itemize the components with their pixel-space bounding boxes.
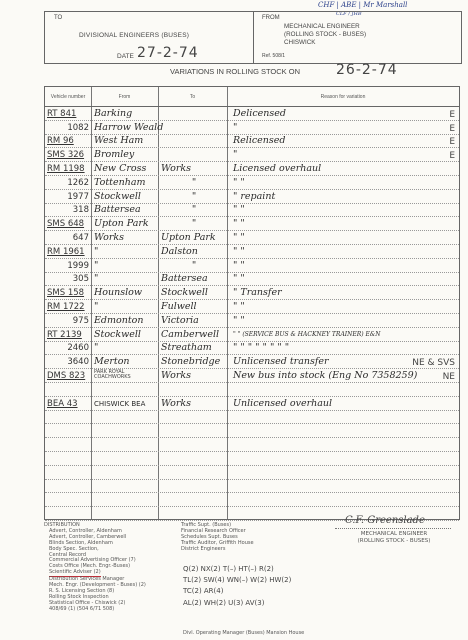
district-code: E — [449, 134, 455, 148]
to-cell: Fulwell — [161, 299, 227, 313]
table-row — [45, 479, 459, 494]
to-cell — [161, 382, 227, 396]
from-value: MECHANICAL ENGINEER (ROLLING STOCK - BUS… — [284, 23, 366, 47]
table-row: 1262Tottenham"" " — [45, 175, 459, 190]
table-row: BEA 43CHISWICK BEAWorksUnlicensed overha… — [45, 396, 459, 411]
from-line: MECHANICAL ENGINEER — [284, 23, 366, 31]
to-cell: " — [161, 189, 227, 203]
table-row: 1082Harrow Weald"E — [45, 120, 459, 135]
table-row: 975EdmontonVictoria" " — [45, 313, 459, 328]
vehicle-number-cell: SMS 648 — [47, 216, 91, 230]
from-cell — [94, 382, 158, 396]
reason-cell: " Transfer — [233, 285, 453, 299]
from-cell: Harrow Weald — [94, 120, 158, 134]
vehicle-number-cell: RM 1722 — [47, 299, 91, 313]
to-cell: Streatham — [161, 341, 227, 355]
vehicle-number-cell — [47, 382, 91, 396]
reason-cell: Unlicensed overhaul — [233, 396, 453, 410]
signature-title: MECHANICAL ENGINEER (ROLLING STOCK - BUS… — [336, 531, 452, 545]
table-row: 1977Stockwell"" repaint — [45, 189, 459, 204]
vehicle-number-cell — [47, 479, 91, 493]
table-row: 1999""" " — [45, 258, 459, 273]
to-cell: " — [161, 258, 227, 272]
from-cell: " — [94, 258, 158, 272]
from-cell — [94, 492, 158, 506]
to-cell — [161, 506, 227, 520]
reason-cell: New bus into stock (Eng No 7358259) — [233, 368, 453, 382]
document-title: VARIATIONS IN ROLLING STOCK ON — [170, 67, 300, 76]
from-cell: Battersea — [94, 203, 158, 217]
district-code: E — [449, 120, 455, 134]
vehicle-number-cell: 3640 — [47, 354, 91, 368]
to-value: DIVISIONAL ENGINEERS (BUSES) — [79, 32, 189, 39]
table-row — [45, 423, 459, 438]
reason-cell — [233, 437, 453, 451]
table-row — [45, 437, 459, 452]
vehicle-number: RM 1198 — [47, 163, 85, 175]
table-row: SMS 158HounslowStockwell" Transfer — [45, 285, 459, 300]
handwritten-annotation: CHF | ABE | Mr Marshall — [318, 1, 407, 9]
vehicle-number-cell: 647 — [47, 230, 91, 244]
distribution-footer: Divl. Operating Manager (Buses) Mansion … — [183, 630, 304, 636]
from-cell: Tottenham — [94, 175, 158, 189]
vehicle-number: RM 1961 — [47, 246, 85, 258]
vehicle-number: RM 1722 — [47, 301, 85, 313]
reason-cell: " " — [233, 272, 453, 286]
signature: C.F. Greenslade — [345, 515, 425, 526]
to-cell: Dalston — [161, 244, 227, 258]
to-cell — [161, 410, 227, 424]
to-cell: Stockwell — [161, 285, 227, 299]
from-cell: Upton Park — [94, 216, 158, 230]
table-row: RM 96West HamRelicensedE — [45, 134, 459, 149]
to-cell: Upton Park — [161, 230, 227, 244]
table-row: DMS 823PARK ROYAL COACHWORKSWorksNew bus… — [45, 368, 459, 383]
from-cell — [94, 506, 158, 520]
table-row — [45, 492, 459, 507]
column-header-to: To — [158, 87, 227, 106]
to-cell: " — [161, 175, 227, 189]
column-header-vehicle: Vehicle number — [45, 87, 91, 106]
from-line: (ROLLING STOCK - BUSES) — [284, 31, 366, 39]
from-cell — [94, 423, 158, 437]
table-row: RT 841BarkingDelicensedE — [45, 106, 459, 121]
to-box: TO DIVISIONAL ENGINEERS (BUSES) DATE 27-… — [45, 12, 254, 63]
to-cell: Stonebridge — [161, 354, 227, 368]
vehicle-number-cell: SMS 326 — [47, 147, 91, 161]
vehicle-number-cell: BEA 43 — [47, 396, 91, 410]
reason-cell — [233, 382, 453, 396]
distribution-middle: Traffic Supt. (Buses) Financial Research… — [181, 523, 254, 553]
table-row: RM 1722"Fulwell" " — [45, 299, 459, 314]
from-cell: CHISWICK BEA — [94, 396, 158, 410]
to-cell — [161, 106, 227, 120]
to-cell: " — [161, 216, 227, 230]
from-cell: Works — [94, 230, 158, 244]
date-value: 27-2-74 — [137, 45, 199, 61]
from-cell: Bromley — [94, 147, 158, 161]
vehicle-number-cell — [47, 465, 91, 479]
from-cell: PARK ROYAL COACHWORKS — [94, 368, 154, 382]
vehicle-number: RT 2139 — [47, 329, 82, 341]
to-label: TO — [54, 15, 62, 21]
table-row — [45, 410, 459, 425]
district-code: NE — [443, 368, 455, 382]
district-code: E — [449, 147, 455, 161]
distribution-entry-text: 408/69 (1) (504 6/71 508) — [49, 606, 114, 612]
table-row: RT 2139StockwellCamberwell" " (SERVICE B… — [45, 327, 459, 342]
from-cell: " — [94, 341, 158, 355]
reason-cell: Licensed overhaul — [233, 161, 453, 175]
signature-title-line: (ROLLING STOCK - BUSES) — [336, 538, 452, 545]
signature-title-line: MECHANICAL ENGINEER — [336, 531, 452, 538]
table-row — [45, 382, 459, 397]
table-row: 318Battersea"" " — [45, 203, 459, 218]
from-label: FROM — [262, 15, 280, 21]
to-cell — [161, 451, 227, 465]
from-cell: " — [94, 244, 158, 258]
from-cell: Edmonton — [94, 313, 158, 327]
vehicle-number: RM 96 — [47, 135, 74, 147]
reason-cell: " " — [233, 203, 453, 217]
district-allocations: Q(2) NX(2) T(–) HT(–) R(2) TL(2) SW(4) W… — [183, 564, 291, 609]
reason-cell: Delicensed — [233, 106, 453, 120]
to-cell: Battersea — [161, 272, 227, 286]
vehicle-number: 647 — [73, 232, 89, 244]
table-row: 305"Battersea" " — [45, 272, 459, 287]
from-cell: " — [94, 299, 158, 313]
to-cell — [161, 479, 227, 493]
from-cell — [94, 479, 158, 493]
vehicle-number-cell: RM 96 — [47, 134, 91, 148]
allocation-line: TC(2) AR(4) — [183, 586, 291, 597]
allocation-line: AL(2) WH(2) U(3) AV(3) — [183, 598, 291, 609]
reason-cell: " " " " " " " " — [233, 341, 453, 355]
vehicle-number-cell: DMS 823 — [47, 368, 91, 382]
distribution-list: DISTRIBUTION Advert, Controller, Aldenha… — [44, 523, 146, 613]
from-cell: New Cross — [94, 161, 158, 175]
to-cell — [161, 423, 227, 437]
from-cell — [94, 437, 158, 451]
column-header-reason: Reason for variation — [227, 87, 459, 106]
vehicle-number: SMS 158 — [47, 287, 84, 299]
reason-cell: " " — [233, 299, 453, 313]
to-cell: Victoria — [161, 313, 227, 327]
table-row — [45, 465, 459, 480]
vehicle-number: SMS 326 — [47, 149, 84, 161]
from-cell — [94, 451, 158, 465]
to-cell: Works — [161, 396, 227, 410]
from-cell: Merton — [94, 354, 158, 368]
date-label: DATE — [117, 53, 134, 60]
table-row: SMS 326Bromley"E — [45, 147, 459, 162]
distribution-entry: District Engineers — [181, 547, 254, 553]
table-row: SMS 648Upton Park"" " — [45, 216, 459, 231]
table-row: 647WorksUpton Park" " — [45, 230, 459, 245]
vehicle-number-cell: 1082 — [47, 120, 91, 134]
reason-cell — [233, 492, 453, 506]
to-cell: " — [161, 203, 227, 217]
vehicle-number-cell: 975 — [47, 313, 91, 327]
vehicle-number: 1262 — [67, 177, 89, 189]
table-row — [45, 451, 459, 466]
vehicle-number-cell: 1262 — [47, 175, 91, 189]
vehicle-number: 2460 — [67, 342, 89, 354]
allocation-line: TL(2) SW(4) WN(–) W(2) HW(2) — [183, 575, 291, 586]
vehicle-number-cell — [47, 506, 91, 520]
vehicle-number: 1999 — [67, 260, 89, 272]
reason-cell — [233, 465, 453, 479]
table-row: RM 1198New CrossWorksLicensed overhaul — [45, 161, 459, 176]
to-cell — [161, 492, 227, 506]
vehicle-number-cell: RM 1961 — [47, 244, 91, 258]
vehicle-number-cell — [47, 423, 91, 437]
vehicle-number-cell — [47, 410, 91, 424]
district-code: NE & SVS — [412, 354, 455, 368]
reason-cell — [233, 423, 453, 437]
reason-cell: " " — [233, 258, 453, 272]
vehicle-number-cell: SMS 158 — [47, 285, 91, 299]
vehicle-number: SMS 648 — [47, 218, 84, 230]
reason-cell: " — [233, 147, 453, 161]
reason-cell: " " (SERVICE BUS & HACKNEY TRAINER) E&N — [233, 327, 453, 341]
reason-cell: Relicensed — [233, 134, 453, 148]
vehicle-number: BEA 43 — [47, 398, 78, 410]
from-cell: Hounslow — [94, 285, 158, 299]
from-cell: Barking — [94, 106, 158, 120]
to-cell — [161, 120, 227, 134]
reference-number: Ref. 508/1 — [262, 53, 285, 59]
reason-cell: " " — [233, 216, 453, 230]
distribution-entry: 408/69 (1) (504 6/71 508) — [44, 607, 146, 613]
district-code: E — [449, 106, 455, 120]
table-row: 2460"Streatham" " " " " " " " — [45, 341, 459, 356]
to-cell: Camberwell — [161, 327, 227, 341]
vehicle-number-cell — [47, 451, 91, 465]
vehicle-number-cell: 318 — [47, 203, 91, 217]
vehicle-number-cell: 2460 — [47, 341, 91, 355]
reason-cell: " " — [233, 175, 453, 189]
from-cell — [94, 465, 158, 479]
to-cell — [161, 134, 227, 148]
vehicle-number: 305 — [73, 273, 89, 285]
vehicle-number-cell: RM 1198 — [47, 161, 91, 175]
vehicle-number-cell: 305 — [47, 272, 91, 286]
from-box: FROM MECHANICAL ENGINEER (ROLLING STOCK … — [254, 12, 461, 63]
reason-cell — [233, 410, 453, 424]
memo-header: TO DIVISIONAL ENGINEERS (BUSES) DATE 27-… — [44, 11, 462, 64]
reason-cell: " repaint — [233, 189, 453, 203]
vehicle-number-cell: RT 841 — [47, 106, 91, 120]
to-cell — [161, 465, 227, 479]
from-cell: West Ham — [94, 134, 158, 148]
reason-cell — [233, 479, 453, 493]
from-cell: Stockwell — [94, 327, 158, 341]
variations-table: Vehicle number From To Reason for variat… — [44, 86, 460, 520]
vehicle-number-cell: RT 2139 — [47, 327, 91, 341]
table-row: 3640MertonStonebridgeUnlicensed transfer… — [45, 354, 459, 369]
vehicle-number: 1082 — [67, 122, 89, 134]
vehicle-number: DMS 823 — [47, 370, 85, 382]
column-header-from: From — [91, 87, 158, 106]
allocation-line: Q(2) NX(2) T(–) HT(–) R(2) — [183, 564, 291, 575]
vehicle-number: 975 — [73, 315, 89, 327]
vehicle-number-cell — [47, 437, 91, 451]
from-line: CHISWICK — [284, 39, 366, 47]
title-date: 26-2-74 — [336, 62, 398, 78]
vehicle-number-cell: 1999 — [47, 258, 91, 272]
reason-cell: " " — [233, 244, 453, 258]
vehicle-number: 318 — [73, 204, 89, 216]
to-cell — [161, 147, 227, 161]
vehicle-number-cell: 1977 — [47, 189, 91, 203]
vehicle-number: 3640 — [67, 356, 89, 368]
table-header: Vehicle number From To Reason for variat… — [45, 87, 459, 107]
from-cell: Stockwell — [94, 189, 158, 203]
from-cell: " — [94, 272, 158, 286]
reason-cell — [233, 451, 453, 465]
table-row: RM 1961"Dalston" " — [45, 244, 459, 259]
from-cell — [94, 410, 158, 424]
vehicle-number: RT 841 — [47, 108, 76, 120]
vehicle-number: 1977 — [67, 191, 89, 203]
reason-cell: " — [233, 120, 453, 134]
to-cell: Works — [161, 368, 227, 382]
signature-line — [335, 528, 451, 529]
to-cell: Works — [161, 161, 227, 175]
reason-cell: " " — [233, 313, 453, 327]
vehicle-number-cell — [47, 492, 91, 506]
reason-cell: " " — [233, 230, 453, 244]
to-cell — [161, 437, 227, 451]
